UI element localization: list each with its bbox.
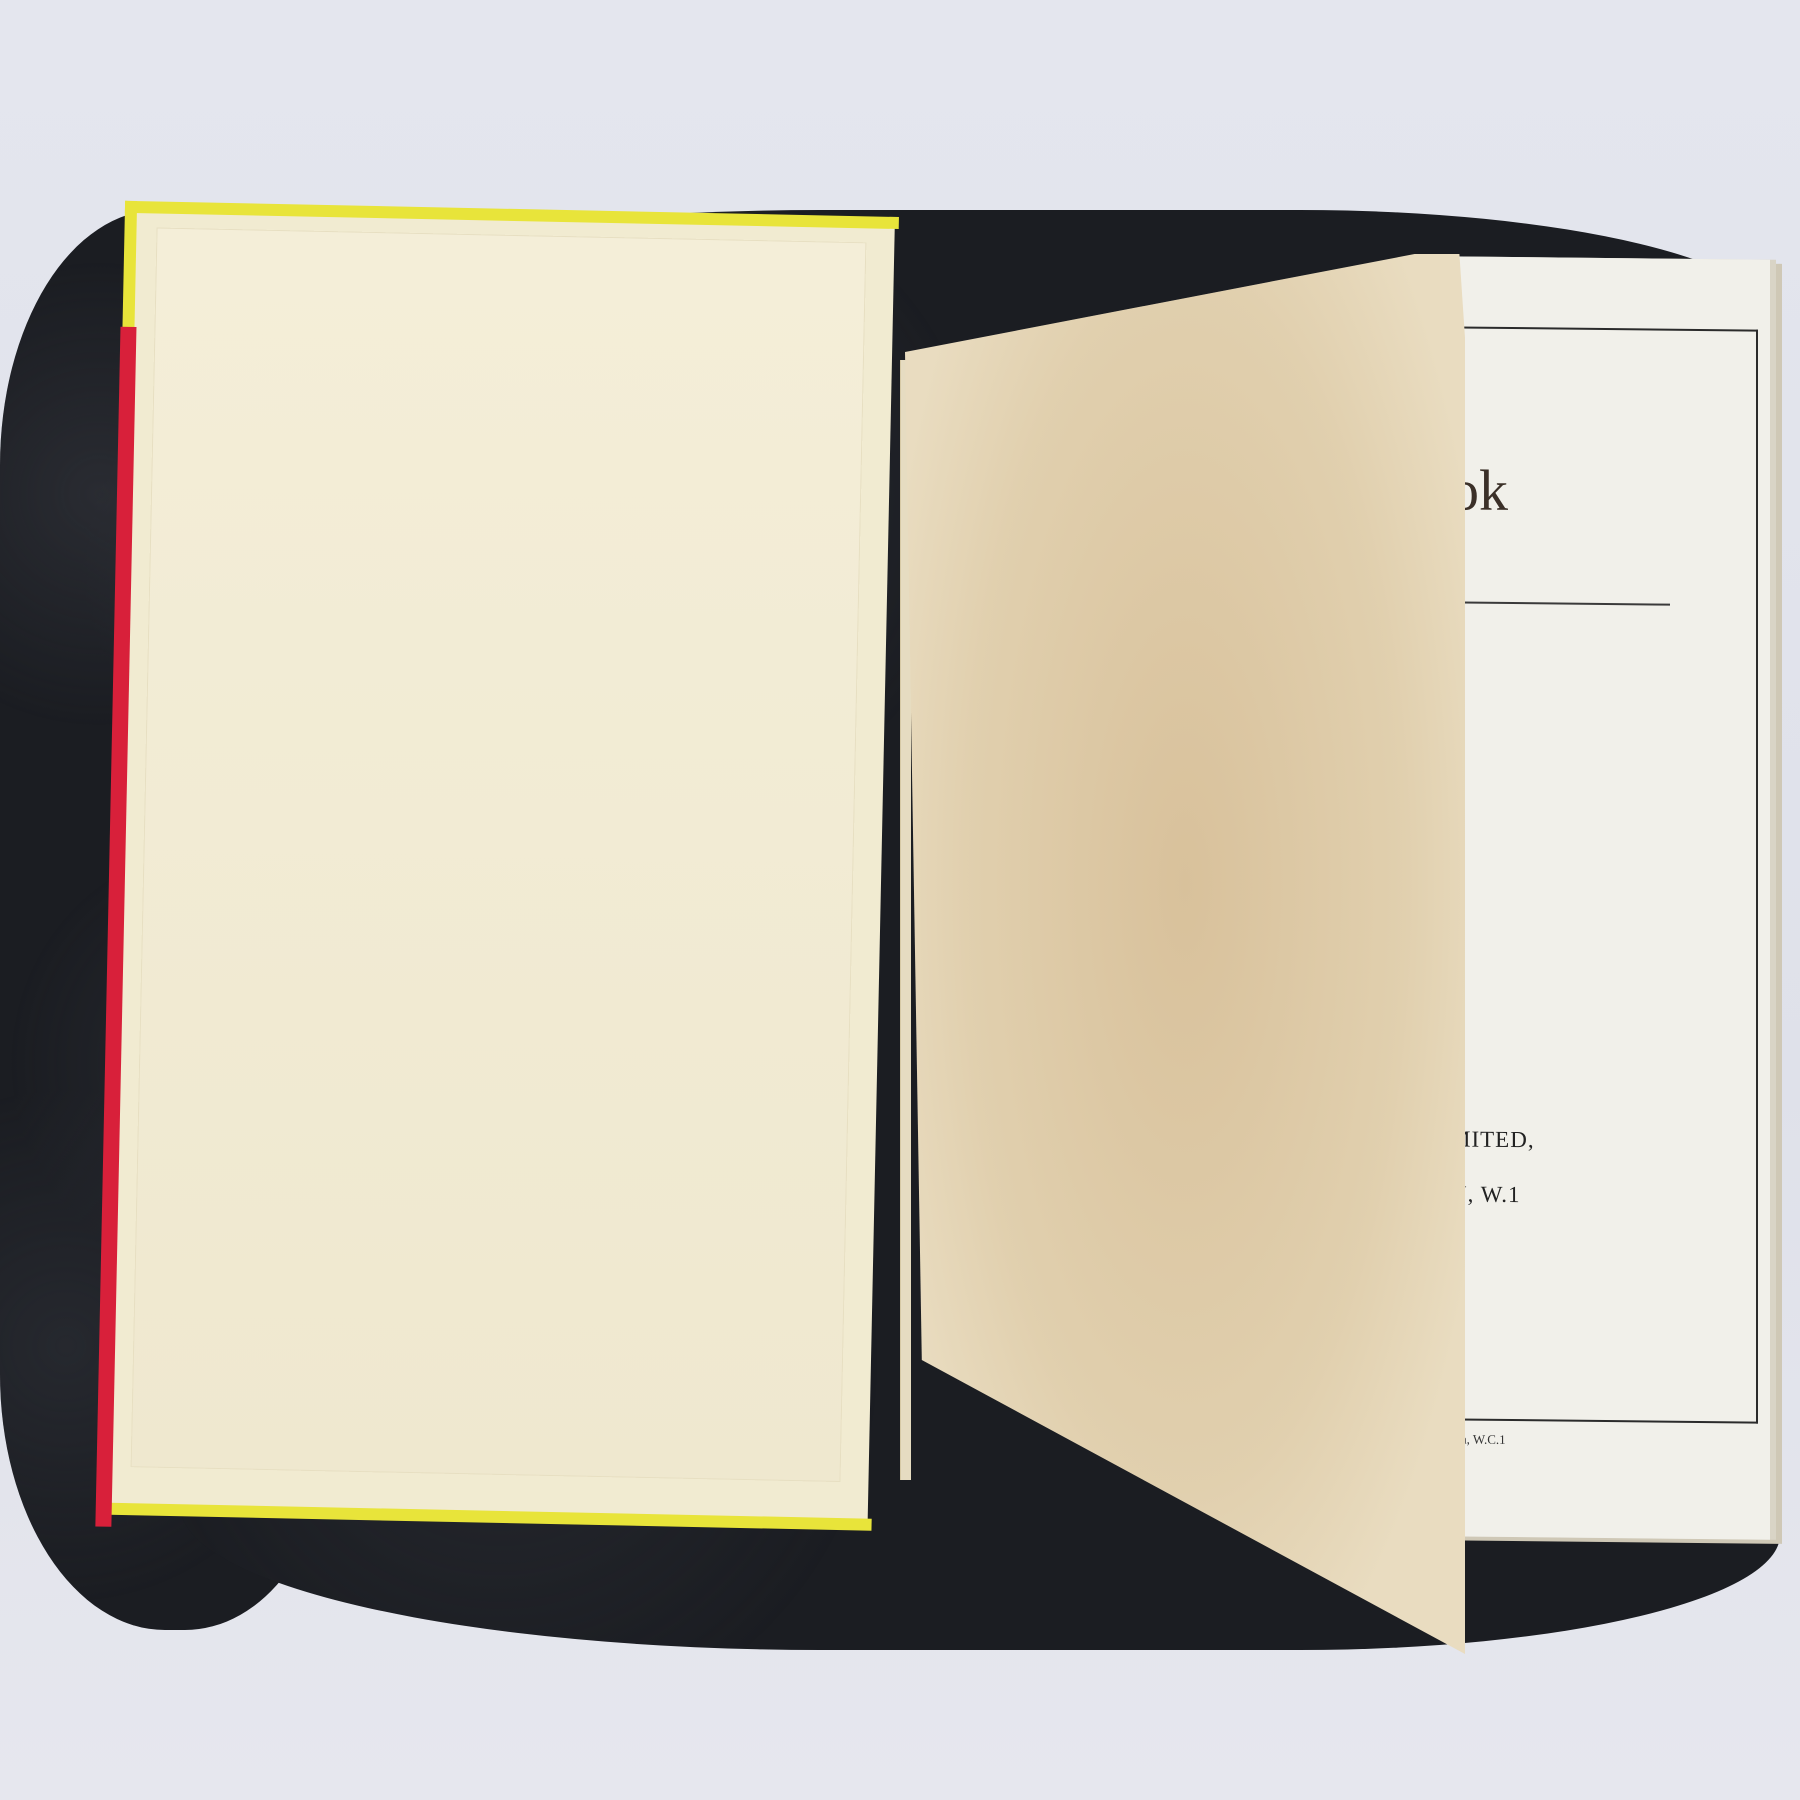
front-board xyxy=(108,207,895,1523)
title-page: ok MITED, N, W.1 lon, W.C.1 xyxy=(1440,256,1770,1539)
front-pastedown xyxy=(131,227,867,1482)
